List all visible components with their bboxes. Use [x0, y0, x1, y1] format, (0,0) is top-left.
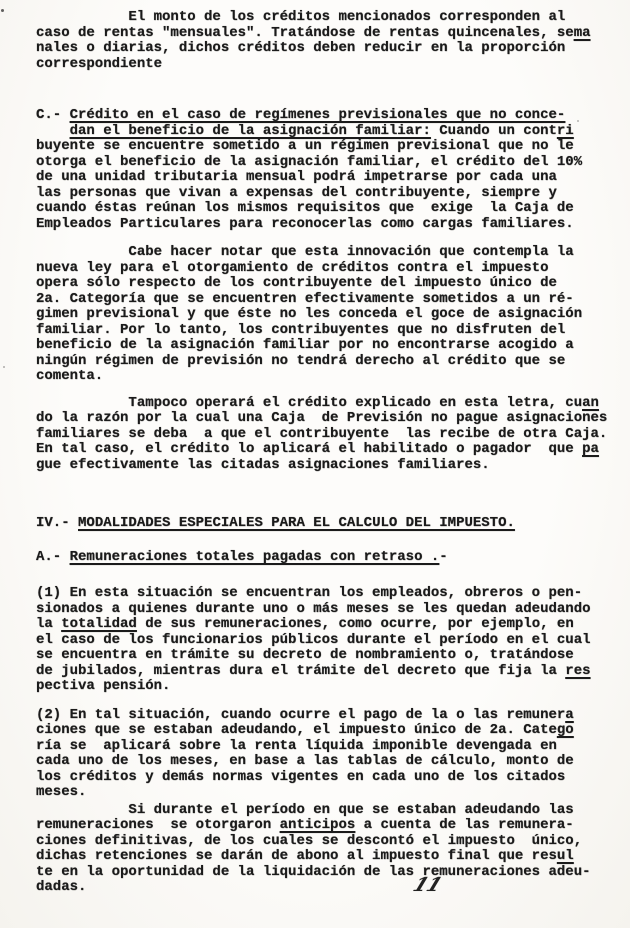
- text-line: El monto de los créditos mencionados cor…: [36, 10, 630, 26]
- document-body: El monto de los créditos mencionados cor…: [0, 0, 630, 896]
- paragraph-tampoco: Tampoco operará el crédito explicado en …: [36, 396, 630, 474]
- paragraph-si-durante: Si durante el período en que se estaban …: [36, 803, 630, 896]
- scanned-document-page: El monto de los créditos mencionados cor…: [0, 0, 630, 928]
- text-line: IV.- MODALIDADES ESPECIALES PARA EL CALC…: [36, 516, 630, 532]
- paragraph-numbered-1: (1) En esta situación se encuentran los …: [36, 586, 630, 695]
- text-line: buyente se encuentre sometido a un régim…: [36, 139, 630, 155]
- text-line: los créditos y demás normas vigentes en …: [36, 770, 630, 786]
- section-c-paragraph: C.- Crédito en el caso de regímenes prev…: [36, 108, 630, 232]
- text-line: se encuentra en trámite su decreto de no…: [36, 648, 630, 664]
- text-line: de jubilados, mientras dura el trámite d…: [36, 664, 630, 680]
- text-line: correspondiente: [36, 57, 630, 73]
- text-line: gimen previsional y que éste no les conc…: [36, 307, 630, 323]
- text-line: En tal caso, el crédito lo aplicará el h…: [36, 442, 630, 458]
- text-line: Empleados Particulares para reconocerlas…: [36, 217, 630, 233]
- text-line: el caso de los funcionarios públicos dur…: [36, 633, 630, 649]
- text-line: C.- Crédito en el caso de regímenes prev…: [36, 108, 630, 124]
- text-line: sionados a quienes durante uno o más mes…: [36, 602, 630, 618]
- text-line: beneficio de la asignación familiar por …: [36, 338, 630, 354]
- text-line: te en la oportunidad de la liquidación d…: [36, 865, 630, 881]
- paragraph-numbered-2: (2) En tal situación, cuando ocurre el p…: [36, 708, 630, 801]
- text-line: do la razón por la cual una Caja de Prev…: [36, 411, 630, 427]
- text-line: opera sólo respecto de los contribuyente…: [36, 276, 630, 292]
- text-line: cuando éstas reúnan los mismos requisito…: [36, 201, 630, 217]
- text-line: A.- Remuneraciones totales pagadas con r…: [36, 550, 630, 566]
- paragraph-cabe-hacer: Cabe hacer notar que esta innovación que…: [36, 245, 630, 385]
- text-line: dadas.: [36, 880, 630, 896]
- text-line: ciones que se estaban adeudando, el impu…: [36, 723, 630, 739]
- heading-a: A.- Remuneraciones totales pagadas con r…: [36, 550, 630, 566]
- text-line: caso de rentas "mensuales". Tratándose d…: [36, 26, 630, 42]
- ink-speck: [3, 366, 5, 368]
- text-line: de una unidad tributaria mensual podrá i…: [36, 170, 630, 186]
- text-line: ningún régimen de previsión no tendrá de…: [36, 354, 630, 370]
- text-line: 2a. Categoría que se encuentren efectiva…: [36, 292, 630, 308]
- text-line: (2) En tal situación, cuando ocurre el p…: [36, 708, 630, 724]
- heading-iv: IV.- MODALIDADES ESPECIALES PARA EL CALC…: [36, 516, 630, 532]
- text-line: familiar. Por lo tanto, los contribuyent…: [36, 323, 630, 339]
- text-line: gue efectivamente las citadas asignacion…: [36, 458, 630, 474]
- text-line: Tampoco operará el crédito explicado en …: [36, 396, 630, 412]
- text-line: Cabe hacer notar que esta innovación que…: [36, 245, 630, 261]
- text-line: familiares se deba a que el contribuyent…: [36, 427, 630, 443]
- text-line: comenta.: [36, 369, 630, 385]
- text-line: la totalidad de sus remuneraciones, como…: [36, 617, 630, 633]
- intro-paragraph: El monto de los créditos mencionados cor…: [36, 10, 630, 72]
- text-line: las personas que vivan a expensas del co…: [36, 186, 630, 202]
- text-line: remuneraciones se otorgaron anticipos a …: [36, 818, 630, 834]
- ink-speck: [577, 120, 579, 122]
- text-line: ría se aplicará sobre la renta líquida i…: [36, 739, 630, 755]
- text-line: nales o diarias, dichos créditos deben r…: [36, 41, 630, 57]
- text-line: ciones definitivas, de los cuales se des…: [36, 834, 630, 850]
- text-line: otorga el beneficio de la asignación fam…: [36, 155, 630, 171]
- ink-speck: [1, 9, 4, 12]
- text-line: meses.: [36, 785, 630, 801]
- text-line: nueva ley para el otorgamiento de crédit…: [36, 261, 630, 277]
- text-line: dan el beneficio de la asignación famili…: [36, 124, 630, 140]
- text-line: dichas retenciones se darán de abono al …: [36, 849, 630, 865]
- text-line: (1) En esta situación se encuentran los …: [36, 586, 630, 602]
- text-line: Si durante el período en que se estaban …: [36, 803, 630, 819]
- text-line: pectiva pensión.: [36, 679, 630, 695]
- text-line: cada uno de los meses, en base a las tab…: [36, 754, 630, 770]
